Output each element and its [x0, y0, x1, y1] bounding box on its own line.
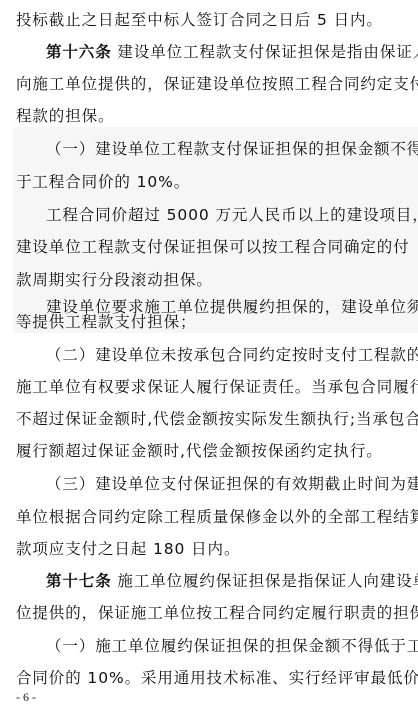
article-16-line: 第十六条 建设单位工程款支付保证担保是指由保证人: [46, 42, 418, 62]
text-span: 施工单位履约保证担保是指保证人向建设单: [112, 572, 418, 590]
text-line: 位提供的，保证施工单位按工程合同约定履行职责的担保。: [16, 603, 418, 623]
text-line: （一）施工单位履约保证担保的担保金额不得低于工程: [46, 636, 418, 656]
text-line: （一）建设单位工程款支付保证担保的担保金额不得低: [46, 139, 418, 159]
document-page: 投标截止之日起至中标人签订合同之日后 5 日内。 第十六条 建设单位工程款支付保…: [0, 0, 418, 711]
text-line: 不超过保证金额时,代偿金额按实际发生额执行;当承包合同: [16, 409, 418, 429]
text-line: 款周期实行分段滚动担保。: [16, 270, 213, 290]
article-heading: 第十七条: [46, 572, 112, 590]
text-line: 履行额超过保证金额时,代偿金额按保函约定执行。: [16, 441, 383, 461]
text-line: 工程合同价超过 5000 万元人民币以上的建设项目，: [46, 205, 418, 225]
article-heading: 第十六条: [46, 43, 112, 61]
article-17-line: 第十七条 施工单位履约保证担保是指保证人向建设单: [46, 571, 418, 591]
text-line: 等提供工程款支付担保；: [16, 312, 196, 332]
text-line: 向施工单位提供的，保证建设单位按照工程合同约定支付工: [16, 74, 418, 94]
text-line: 款项应支付之日起 180 日内。: [16, 539, 240, 559]
text-line: 合同价的 10%。采用通用技术标准、实行经评审最低价中标: [16, 668, 418, 688]
text-line: 于工程合同价的 10%。: [16, 172, 190, 192]
page-number: - 6 -: [16, 690, 36, 705]
text-line: 程款的担保。: [16, 106, 114, 126]
text-line: （三）建设单位支付保证担保的有效期截止时间为建设: [46, 474, 418, 494]
text-span: 建设单位工程款支付保证担保是指由保证人: [112, 43, 418, 61]
text-line: （二）建设单位未按承包合同约定按时支付工程款的,: [46, 345, 418, 365]
text-line: 施工单位有权要求保证人履行保证责任。当承包合同履行额: [16, 377, 418, 397]
text-line: 建设单位工程款支付保证担保可以按工程合同确定的付: [16, 237, 410, 257]
text-line: 单位根据合同约定除工程质量保修金以外的全部工程结算: [16, 507, 418, 527]
text-line: 投标截止之日起至中标人签订合同之日后 5 日内。: [16, 10, 383, 30]
